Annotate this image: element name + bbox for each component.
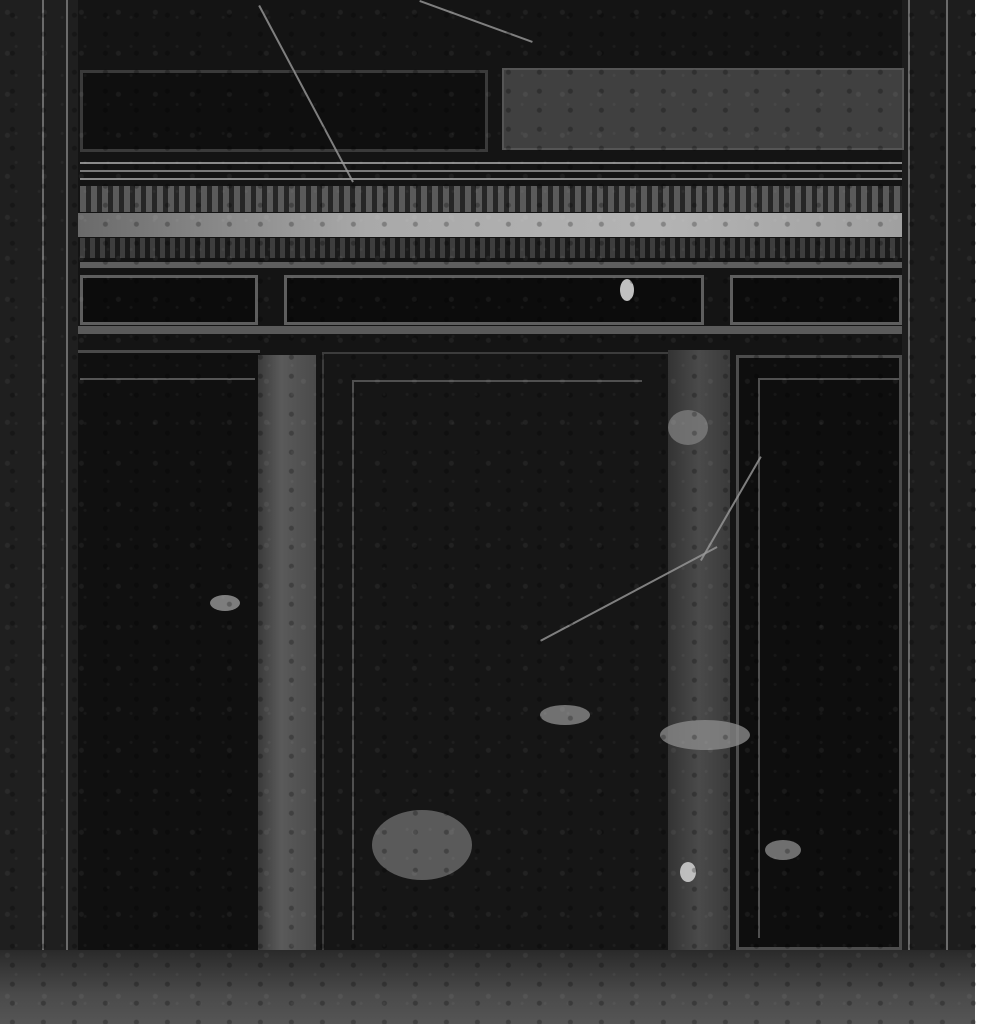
right-border-line <box>946 0 948 960</box>
left-pilaster <box>258 355 316 950</box>
center-main-panel <box>322 352 672 952</box>
center-panel-inner-line <box>352 380 354 940</box>
left-main-panel <box>78 350 260 950</box>
frieze-light-band <box>78 213 902 237</box>
frieze-lower-molding <box>80 262 902 268</box>
center-panel-inner-line <box>352 380 642 382</box>
right-main-panel <box>736 355 902 950</box>
left-border-line <box>42 0 44 960</box>
right-white-edge <box>975 0 981 1024</box>
frieze-lower-pattern <box>80 238 902 258</box>
clerestory-panel-right <box>730 275 902 325</box>
frieze-pattern-band <box>80 186 902 212</box>
bright-spot <box>620 279 634 301</box>
plaster-loss <box>765 840 801 860</box>
frieze-molding <box>80 170 902 172</box>
plaster-loss <box>680 862 696 882</box>
frieze-molding <box>80 178 902 180</box>
plaster-loss <box>210 595 240 611</box>
right-border-line <box>908 0 910 960</box>
wall-painting-photo <box>0 0 981 1024</box>
plaster-loss <box>660 720 750 750</box>
plaster-loss <box>372 810 472 880</box>
plaster-loss <box>668 410 708 445</box>
plaster-loss <box>540 705 590 725</box>
clerestory-panel-center <box>284 275 704 325</box>
crack <box>419 0 532 42</box>
clerestory-panel-left <box>80 275 258 325</box>
floor-band <box>0 950 975 1024</box>
left-panel-inner-line <box>80 378 255 380</box>
right-border-column <box>902 0 981 1024</box>
clerestory-base <box>78 326 902 334</box>
left-border-line <box>66 0 68 960</box>
frieze-molding <box>80 162 902 164</box>
upper-left-panel <box>80 70 488 152</box>
upper-right-panel <box>502 68 904 150</box>
right-panel-inner-line <box>758 378 900 380</box>
